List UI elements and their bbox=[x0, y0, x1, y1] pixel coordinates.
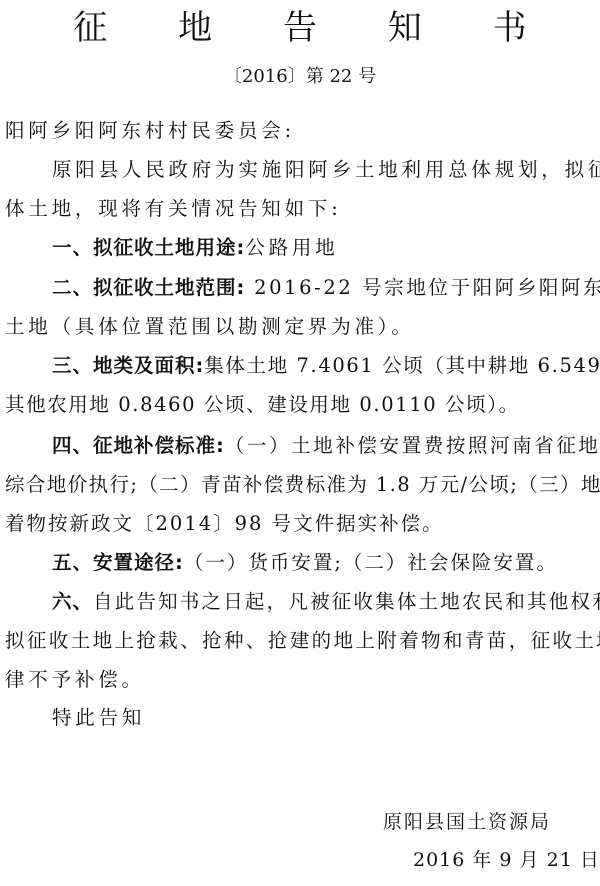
section-4-heading: 四、征地补偿标准: bbox=[52, 434, 225, 457]
section-2-text-1: 2016-22 号宗地位于阳阿乡阳阿东村集体 bbox=[245, 276, 600, 299]
section-3-heading: 三、地类及面积: bbox=[52, 354, 204, 377]
section-4-text-3: 着物按新政文〔2014〕98 号文件据实补偿。 bbox=[5, 512, 444, 536]
section-5-heading: 五、安置途径: bbox=[52, 551, 184, 574]
section-3-text-2: 其他农用地 0.8460 公顷、建设用地 0.0110 公顷）。 bbox=[5, 393, 520, 417]
intro-line-2: 体土地，现将有关情况告知如下: bbox=[5, 197, 342, 221]
section-5: 五、安置途径:（一）货币安置;（二）社会保险安置。 bbox=[52, 551, 558, 575]
issuer: 原阳县国土资源局 bbox=[383, 810, 551, 834]
section-2: 二、拟征收土地范围: 2016-22 号宗地位于阳阿乡阳阿东村集体 bbox=[52, 276, 600, 300]
section-6-text-2: 拟征收土地上抢栽、抢种、抢建的地上附着物和青苗，征收土地时一 bbox=[5, 629, 600, 653]
section-2-heading: 二、拟征收土地范围: bbox=[52, 276, 245, 299]
section-4-text-1: （一）土地补偿安置费按照河南省征地区片 bbox=[225, 434, 600, 457]
section-6: 六、自此告知书之日起，凡被征收集体土地农民和其他权利人在 bbox=[52, 590, 600, 614]
issue-date: 2016 年 9 月 21 日 bbox=[413, 848, 600, 872]
section-1-heading: 一、拟征收土地用途: bbox=[52, 236, 245, 259]
section-5-text: （一）货币安置;（二）社会保险安置。 bbox=[184, 551, 558, 574]
document-title: 征 地 告 知 书 bbox=[0, 8, 600, 48]
section-3: 三、地类及面积:集体土地 7.4061 公顷（其中耕地 6.5491 公顷、 bbox=[52, 354, 600, 378]
section-3-text-1: 集体土地 7.4061 公顷（其中耕地 6.5491 公顷、 bbox=[204, 354, 600, 377]
section-4-text-2: 综合地价执行;（二）青苗补偿费标准为 1.8 万元/公顷;（三）地上附 bbox=[5, 473, 600, 497]
section-4: 四、征地补偿标准:（一）土地补偿安置费按照河南省征地区片 bbox=[52, 434, 600, 458]
document-number: 〔2016〕第 22 号 bbox=[0, 65, 600, 89]
closing: 特此告知 bbox=[52, 706, 145, 730]
section-6-text-3: 律不予补偿。 bbox=[5, 668, 145, 692]
section-1: 一、拟征收土地用途:公路用地 bbox=[52, 236, 339, 260]
section-1-text: 公路用地 bbox=[245, 236, 338, 259]
addressee: 阳阿乡阳阿东村村民委员会: bbox=[5, 119, 295, 143]
section-6-heading: 六、 bbox=[52, 590, 93, 613]
intro-line-1: 原阳县人民政府为实施阳阿乡土地利用总体规划，拟征收你村集 bbox=[52, 158, 600, 182]
section-6-text-1: 自此告知书之日起，凡被征收集体土地农民和其他权利人在 bbox=[93, 590, 600, 613]
section-2-text-2: 土地（具体位置范围以勘测定界为准）。 bbox=[5, 315, 415, 339]
